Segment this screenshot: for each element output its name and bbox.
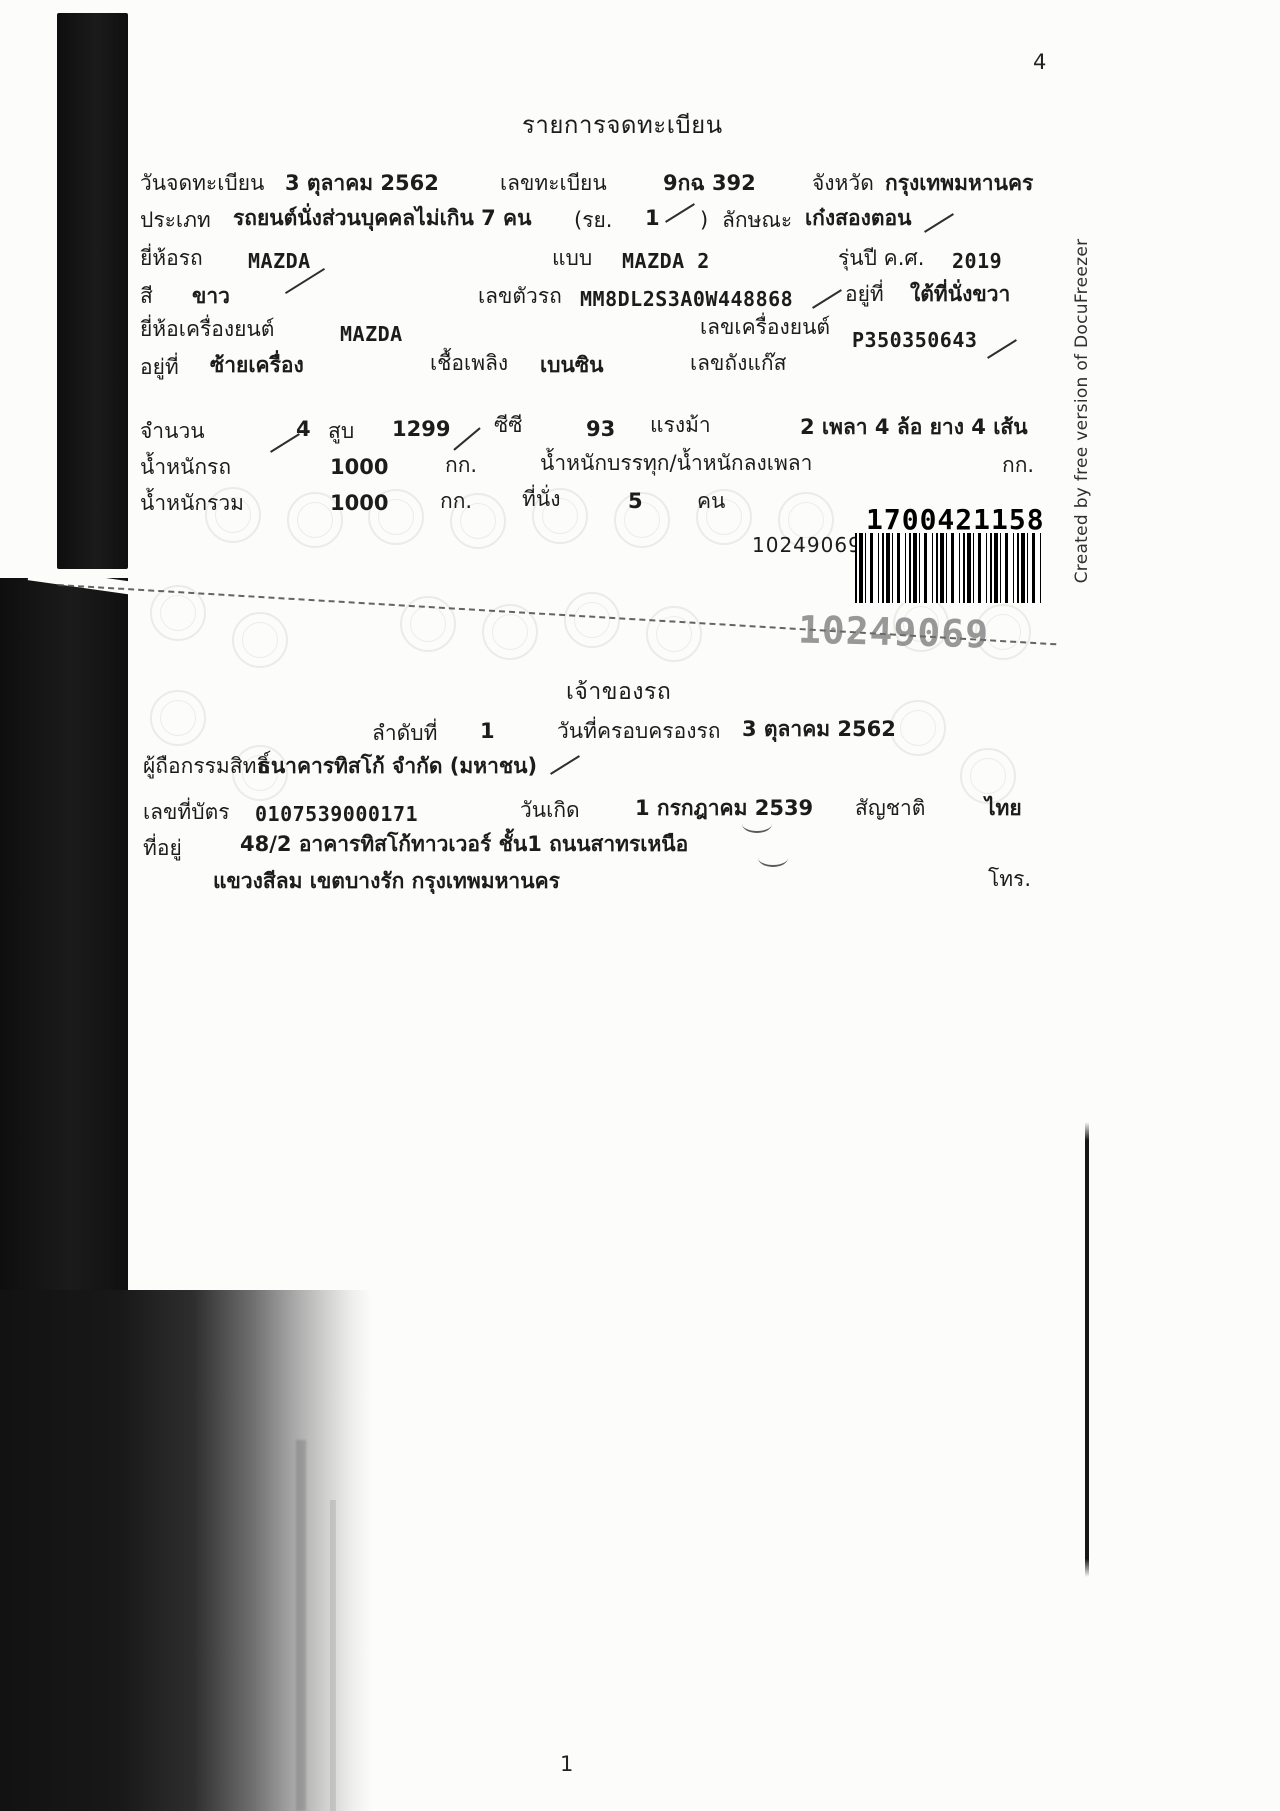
birth-date-value: 1 กรกฎาคม 2539 xyxy=(635,795,813,822)
ry-open: (รย. xyxy=(574,207,612,234)
order-label: ลำดับที่ xyxy=(372,720,437,747)
scan-edge-line-right xyxy=(1085,1122,1089,1577)
torn-document-number: 10249069 xyxy=(797,608,989,657)
cc-unit: ซีซี xyxy=(494,412,523,439)
gas-tank-label: เลขถังแก๊ส xyxy=(690,350,786,377)
province-label: จังหวัด xyxy=(812,170,874,197)
watermark-seal xyxy=(150,690,206,746)
fuel-value: เบนซิน xyxy=(540,352,603,379)
engine-brand-label: ยี่ห้อเครื่องยนต์ xyxy=(140,316,274,343)
hp-value: 93 xyxy=(586,416,615,443)
watermark-seal xyxy=(890,700,946,756)
reg-date-value: 3 ตุลาคม 2562 xyxy=(285,170,439,197)
scan-edge-band-top xyxy=(57,13,128,569)
barcode-number: 1700421158 xyxy=(866,503,1045,536)
document-number: 10249069 xyxy=(752,532,862,558)
scan-streak xyxy=(296,1440,306,1811)
cc-value: 1299 xyxy=(392,416,450,443)
watermark-seal xyxy=(646,606,702,662)
axle-wheel-tire-text: 2 เพลา 4 ล้อ ยาง 4 เส้น xyxy=(800,414,1028,441)
brand-label: ยี่ห้อรถ xyxy=(140,245,203,272)
gross-weight-label: น้ำหนักรวม xyxy=(140,490,244,517)
brand-value: MAZDA xyxy=(248,248,311,274)
engine-location-value: ซ้ายเครื่อง xyxy=(210,352,304,379)
cylinder-count: 4 xyxy=(296,416,311,443)
card-number-label: เลขที่บัตร xyxy=(143,799,230,826)
check-mark xyxy=(453,427,480,450)
page-number-top: 4 xyxy=(1033,50,1046,74)
weight-value: 1000 xyxy=(330,454,388,481)
address-line1: 48/2 อาคารทิสโก้ทาวเวอร์ ชั้น1 ถนนสาทรเห… xyxy=(240,831,688,858)
scan-edge-band-middle xyxy=(0,578,128,1292)
fuel-label: เชื้อเพลิง xyxy=(430,350,508,377)
model-value: MAZDA 2 xyxy=(622,248,710,274)
seats-unit: คน xyxy=(697,488,725,515)
vin-location-value: ใต้ที่นั่งขวา xyxy=(910,281,1010,308)
check-mark xyxy=(987,339,1017,359)
weight-label: น้ำหนักรถ xyxy=(140,454,231,481)
vin-value: MM8DL2S3A0W448868 xyxy=(580,286,793,312)
model-label: แบบ xyxy=(552,245,592,272)
color-label: สี xyxy=(140,283,153,310)
owner-section-title: เจ้าของรถ xyxy=(566,678,671,708)
pen-mark xyxy=(742,822,772,833)
ry-close: ) xyxy=(700,207,708,234)
holder-label: ผู้ถือกรรมสิทธิ์ xyxy=(143,753,269,780)
seats-value: 5 xyxy=(628,488,643,515)
card-number-value: 0107539000171 xyxy=(255,801,418,827)
scanned-registration-document: 4 1 Created by free version of DocuFreez… xyxy=(0,0,1280,1811)
check-mark xyxy=(550,755,580,775)
type-label: ประเภท xyxy=(140,207,211,234)
watermark-seal xyxy=(232,612,288,668)
seats-label: ที่นั่ง xyxy=(522,486,560,513)
scan-shadow-gradient xyxy=(0,1290,372,1811)
holder-value: ธนาคารทิสโก้ จำกัด (มหาชน) xyxy=(258,753,537,780)
kg-unit-3: กก. xyxy=(440,488,472,515)
engine-no-value: P350350643 xyxy=(852,327,977,353)
engine-brand-value: MAZDA xyxy=(340,321,403,347)
barcode xyxy=(855,533,1041,603)
check-mark xyxy=(665,203,695,223)
load-weight-label: น้ำหนักบรรทุก/น้ำหนักลงเพลา xyxy=(540,450,812,477)
body-label: ลักษณะ xyxy=(722,207,792,234)
address-line2: แขวงสีลม เขตบางรัก กรุงเทพมหานคร xyxy=(213,868,560,895)
ry-value: 1 xyxy=(645,205,660,232)
engine-location-label: อยู่ที่ xyxy=(140,354,179,381)
engine-no-label: เลขเครื่องยนต์ xyxy=(700,314,830,341)
birth-date-label: วันเกิด xyxy=(520,797,580,824)
type-value: รถยนต์นั่งส่วนบุคคลไม่เกิน 7 คน xyxy=(233,205,531,232)
vin-location-label: อยู่ที่ xyxy=(845,281,884,308)
page-number-bottom: 1 xyxy=(560,1752,573,1776)
kg-unit-1: กก. xyxy=(445,452,477,479)
docufreezer-watermark: Created by free version of DocuFreezer xyxy=(1072,201,1094,621)
scan-streak xyxy=(330,1500,336,1811)
cylinder-label: จำนวน xyxy=(140,418,205,445)
plate-value: 9กฉ 392 xyxy=(663,170,756,197)
kg-unit-2: กก. xyxy=(1002,452,1034,479)
reg-date-label: วันจดทะเบียน xyxy=(140,170,264,197)
check-mark xyxy=(924,213,954,233)
cylinder-unit: สูบ xyxy=(328,418,354,445)
hp-unit: แรงม้า xyxy=(650,412,711,439)
order-value: 1 xyxy=(480,718,495,745)
body-value: เก๋งสองตอน xyxy=(805,205,911,232)
vin-label: เลขตัวรถ xyxy=(478,283,562,310)
province-value: กรุงเทพมหานคร xyxy=(885,170,1033,197)
phone-label: โทร. xyxy=(988,866,1031,893)
address-label: ที่อยู่ xyxy=(143,835,182,862)
possession-date-label: วันที่ครอบครองรถ xyxy=(557,718,720,745)
pen-mark xyxy=(758,856,788,867)
year-label: รุ่นปี ค.ศ. xyxy=(838,245,924,272)
nationality-value: ไทย xyxy=(985,795,1022,822)
plate-label: เลขทะเบียน xyxy=(500,170,607,197)
document-title: รายการจดทะเบียน xyxy=(522,110,723,141)
gross-weight-value: 1000 xyxy=(330,490,388,517)
nationality-label: สัญชาติ xyxy=(855,795,925,822)
color-value: ขาว xyxy=(192,283,230,310)
check-mark xyxy=(812,289,842,309)
year-value: 2019 xyxy=(952,248,1002,274)
watermark-seal xyxy=(564,592,620,648)
possession-date-value: 3 ตุลาคม 2562 xyxy=(742,716,896,743)
